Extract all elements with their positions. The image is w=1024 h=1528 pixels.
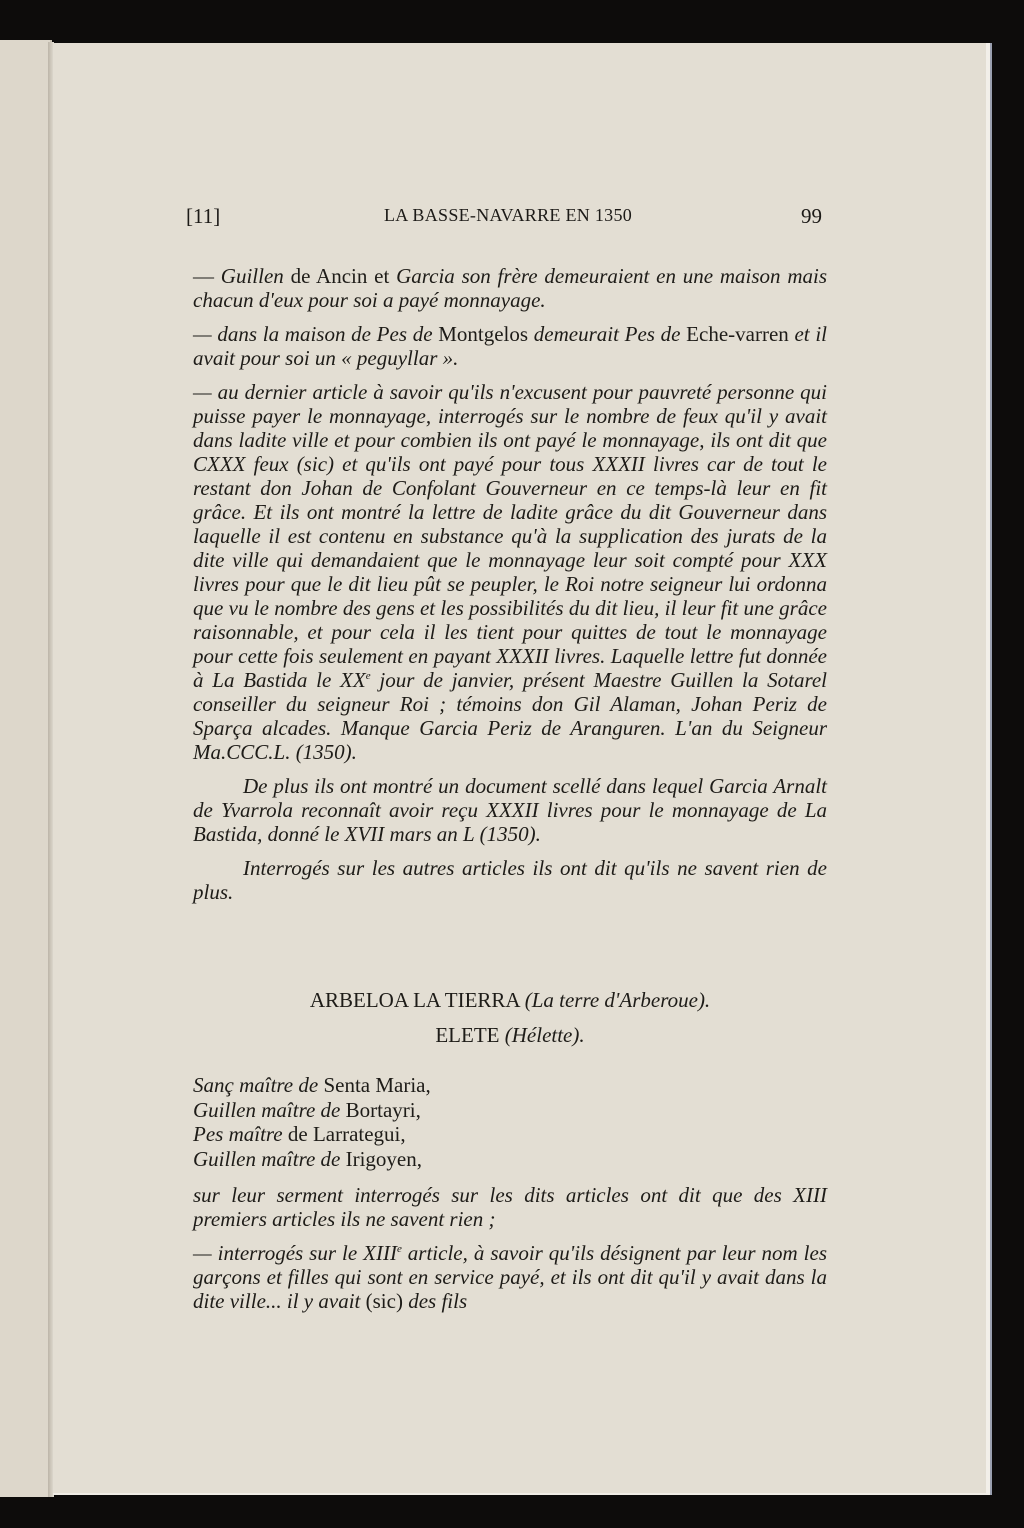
section-number: [11] [186,204,220,229]
section-heading: ARBELOA LA TIERRA (La terre d'Arberoue). [193,988,827,1013]
paragraph: Interrogés sur les autres articles ils o… [193,856,827,904]
page-number: 99 [801,204,822,229]
running-title: LA BASSE-NAVARRE EN 1350 [384,205,632,226]
subsection-heading: ELETE (Hélette). [193,1023,827,1048]
paragraph: — dans la maison de Pes de Montgelos dem… [193,322,827,370]
witness-line: Guillen maître de Irigoyen, [193,1147,827,1172]
paragraph: — au dernier article à savoir qu'ils n'e… [193,380,827,764]
witness-list: Sanç maître de Senta Maria, Guillen maît… [193,1073,827,1171]
paragraph: sur leur serment interrogés sur les dits… [193,1183,827,1231]
paragraph: — interrogés sur le XIIIe article, à sav… [193,1241,827,1313]
witness-line: Guillen maître de Bortayri, [193,1098,827,1123]
heading-sub-translation: (Hélette). [505,1023,585,1047]
paragraph: — Guillen de Ancin et Garcia son frère d… [193,264,827,312]
heading-main: ARBELOA LA TIERRA [310,988,520,1012]
heading-main-translation: (La terre d'Arberoue). [525,988,710,1012]
running-head: [11] LA BASSE-NAVARRE EN 1350 99 [186,204,822,234]
body-text-bottom: sur leur serment interrogés sur les dits… [193,1183,827,1323]
paragraph: De plus ils ont montré un document scell… [193,774,827,846]
heading-sub: ELETE [435,1023,499,1047]
witness-line: Pes maître de Larrategui, [193,1122,827,1147]
body-text-top: — Guillen de Ancin et Garcia son frère d… [193,264,827,914]
book-page: [11] LA BASSE-NAVARRE EN 1350 99 — Guill… [53,43,986,1495]
witness-line: Sanç maître de Senta Maria, [193,1073,827,1098]
